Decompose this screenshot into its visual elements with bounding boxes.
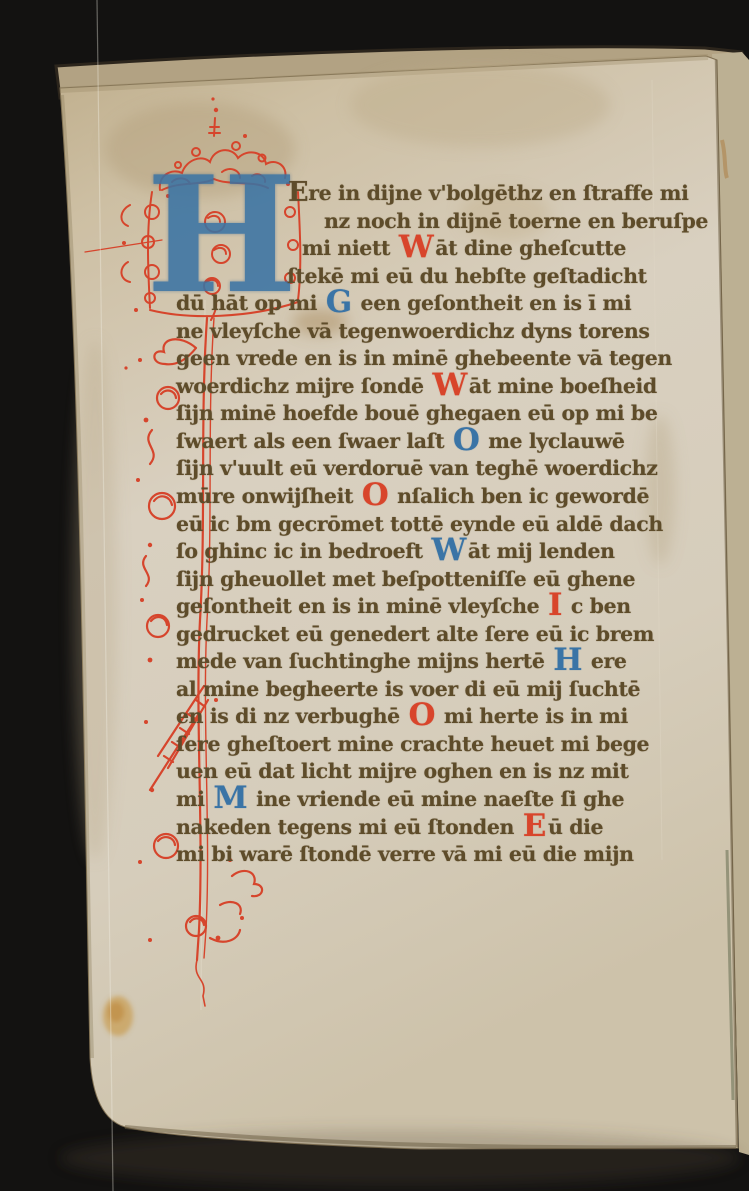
versal-initial: W xyxy=(430,373,468,401)
manuscript-line: nz noch in dijnē toerne en beruſpe xyxy=(176,208,696,236)
manuscript-line: woerdichz mijre ſondē Wāt mine boeſheid xyxy=(176,373,696,401)
text-run: geſontheit en is in minē vleyſche xyxy=(176,594,546,618)
text-run: geen vrede en is in minē ghebeente vā te… xyxy=(176,346,672,370)
manuscript-line: mi niett Wāt dine gheſcutte xyxy=(176,235,696,263)
versal-initial: W xyxy=(397,235,435,263)
text-run: nz noch in dijnē toerne en beruſpe xyxy=(324,209,708,233)
text-run: ū die xyxy=(548,815,603,839)
manuscript-line: mi M ine vriende eū mine naeſte ſi ghe xyxy=(176,786,696,814)
manuscript-line: mūre onwijſheit O nſalich ben ic gewordē xyxy=(176,483,696,511)
versal-initial: W xyxy=(429,538,467,566)
text-run: mi niett xyxy=(302,236,397,260)
versal-initial: H xyxy=(551,648,584,676)
text-run: E xyxy=(288,180,308,208)
manuscript-line: ſijn gheuollet met beſpotteniſſe eū ghen… xyxy=(176,566,696,594)
text-run: gedrucket eū genedert alte ſere eū ic br… xyxy=(176,622,654,646)
manuscript-line: ſere gheſtoert mine crachte heuet mi beg… xyxy=(176,731,696,759)
versal-initial: O xyxy=(407,703,438,731)
manuscript-line: al mine begheerte is voer di eū mij ſuch… xyxy=(176,676,696,704)
text-run: mede van ſuchtinghe mijns hertē xyxy=(176,649,551,673)
text-run: ſijn v'uult eū verdoruē van teghē woerdi… xyxy=(176,456,657,480)
manuscript-line: mi bi warē ſtondē verre vā mi eū die mij… xyxy=(176,841,696,869)
text-run: ſijn minē hoefde bouē ghegaen eū op mi b… xyxy=(176,401,657,425)
manuscript-photo: H Ere in dijne v'bolgēthz en ſtraffe min… xyxy=(0,0,749,1191)
versal-initial: M xyxy=(211,786,249,814)
text-run: ine vriende eū mine naeſte ſi ghe xyxy=(249,787,624,811)
text-run: c ben xyxy=(564,594,631,618)
text-run: mi herte is in mi xyxy=(437,704,628,728)
text-run: ſijn gheuollet met beſpotteniſſe eū ghen… xyxy=(176,567,635,591)
text-run: ſere gheſtoert mine crachte heuet mi beg… xyxy=(176,732,649,756)
text-run: āt mij lenden xyxy=(468,539,615,563)
versal-initial: O xyxy=(360,483,391,511)
text-run: ſwaert als een ſwaer laſt xyxy=(176,429,451,453)
text-run: woerdichz mijre ſondē xyxy=(176,374,430,398)
versal-initial: G xyxy=(324,290,354,318)
text-block: Ere in dijne v'bolgēthz en ſtraffe minz … xyxy=(176,180,696,869)
manuscript-line: nakeden tegens mi eū ſtonden Eū die xyxy=(176,814,696,842)
text-run: eū ic bm gecrōmet tottē eynde eū aldē da… xyxy=(176,512,663,536)
manuscript-line: geſontheit en is in minē vleyſche I c be… xyxy=(176,593,696,621)
text-run: een geſontheit en is ī mi xyxy=(354,291,631,315)
text-run: re in dijne v'bolgēthz en ſtraffe mi xyxy=(308,181,688,205)
text-run: āt dine gheſcutte xyxy=(435,236,626,260)
manuscript-line: dū hāt op mi G een geſontheit en is ī mi xyxy=(176,290,696,318)
text-run: me lyclauwē xyxy=(482,429,625,453)
text-run: mi xyxy=(176,787,211,811)
text-run: en is di nz verbughē xyxy=(176,704,407,728)
manuscript-line: gedrucket eū genedert alte ſere eū ic br… xyxy=(176,621,696,649)
text-run: dū hāt op mi xyxy=(176,291,324,315)
text-run: mūre onwijſheit xyxy=(176,484,360,508)
manuscript-line: ſtekē mi eū du hebſte geſtadicht xyxy=(176,263,696,291)
manuscript-line: ſijn minē hoefde bouē ghegaen eū op mi b… xyxy=(176,400,696,428)
manuscript-line: mede van ſuchtinghe mijns hertē H ere xyxy=(176,648,696,676)
text-run: mi bi warē ſtondē verre vā mi eū die mij… xyxy=(176,842,634,866)
manuscript-line: ſo ghinc ic in bedroeft Wāt mij lenden xyxy=(176,538,696,566)
versal-initial: O xyxy=(451,428,482,456)
manuscript-line: en is di nz verbughē O mi herte is in mi xyxy=(176,703,696,731)
manuscript-line: uen eū dat licht mijre oghen en is nz mi… xyxy=(176,758,696,786)
manuscript-line: ſijn v'uult eū verdoruē van teghē woerdi… xyxy=(176,455,696,483)
text-run: ne vleyſche vā tegenwoerdichz dyns toren… xyxy=(176,319,650,343)
text-run: nakeden tegens mi eū ſtonden xyxy=(176,815,521,839)
text-run: āt mine boeſheid xyxy=(469,374,657,398)
text-run: ſo ghinc ic in bedroeft xyxy=(176,539,429,563)
manuscript-line: ſwaert als een ſwaer laſt O me lyclauwē xyxy=(176,428,696,456)
text-run: nſalich ben ic gewordē xyxy=(390,484,649,508)
manuscript-line: ne vleyſche vā tegenwoerdichz dyns toren… xyxy=(176,318,696,346)
yellow-stain xyxy=(103,996,133,1036)
versal-initial: I xyxy=(546,593,564,621)
text-run: ere xyxy=(584,649,626,673)
versal-initial: E xyxy=(521,814,548,842)
manuscript-line: Ere in dijne v'bolgēthz en ſtraffe mi xyxy=(176,180,696,208)
